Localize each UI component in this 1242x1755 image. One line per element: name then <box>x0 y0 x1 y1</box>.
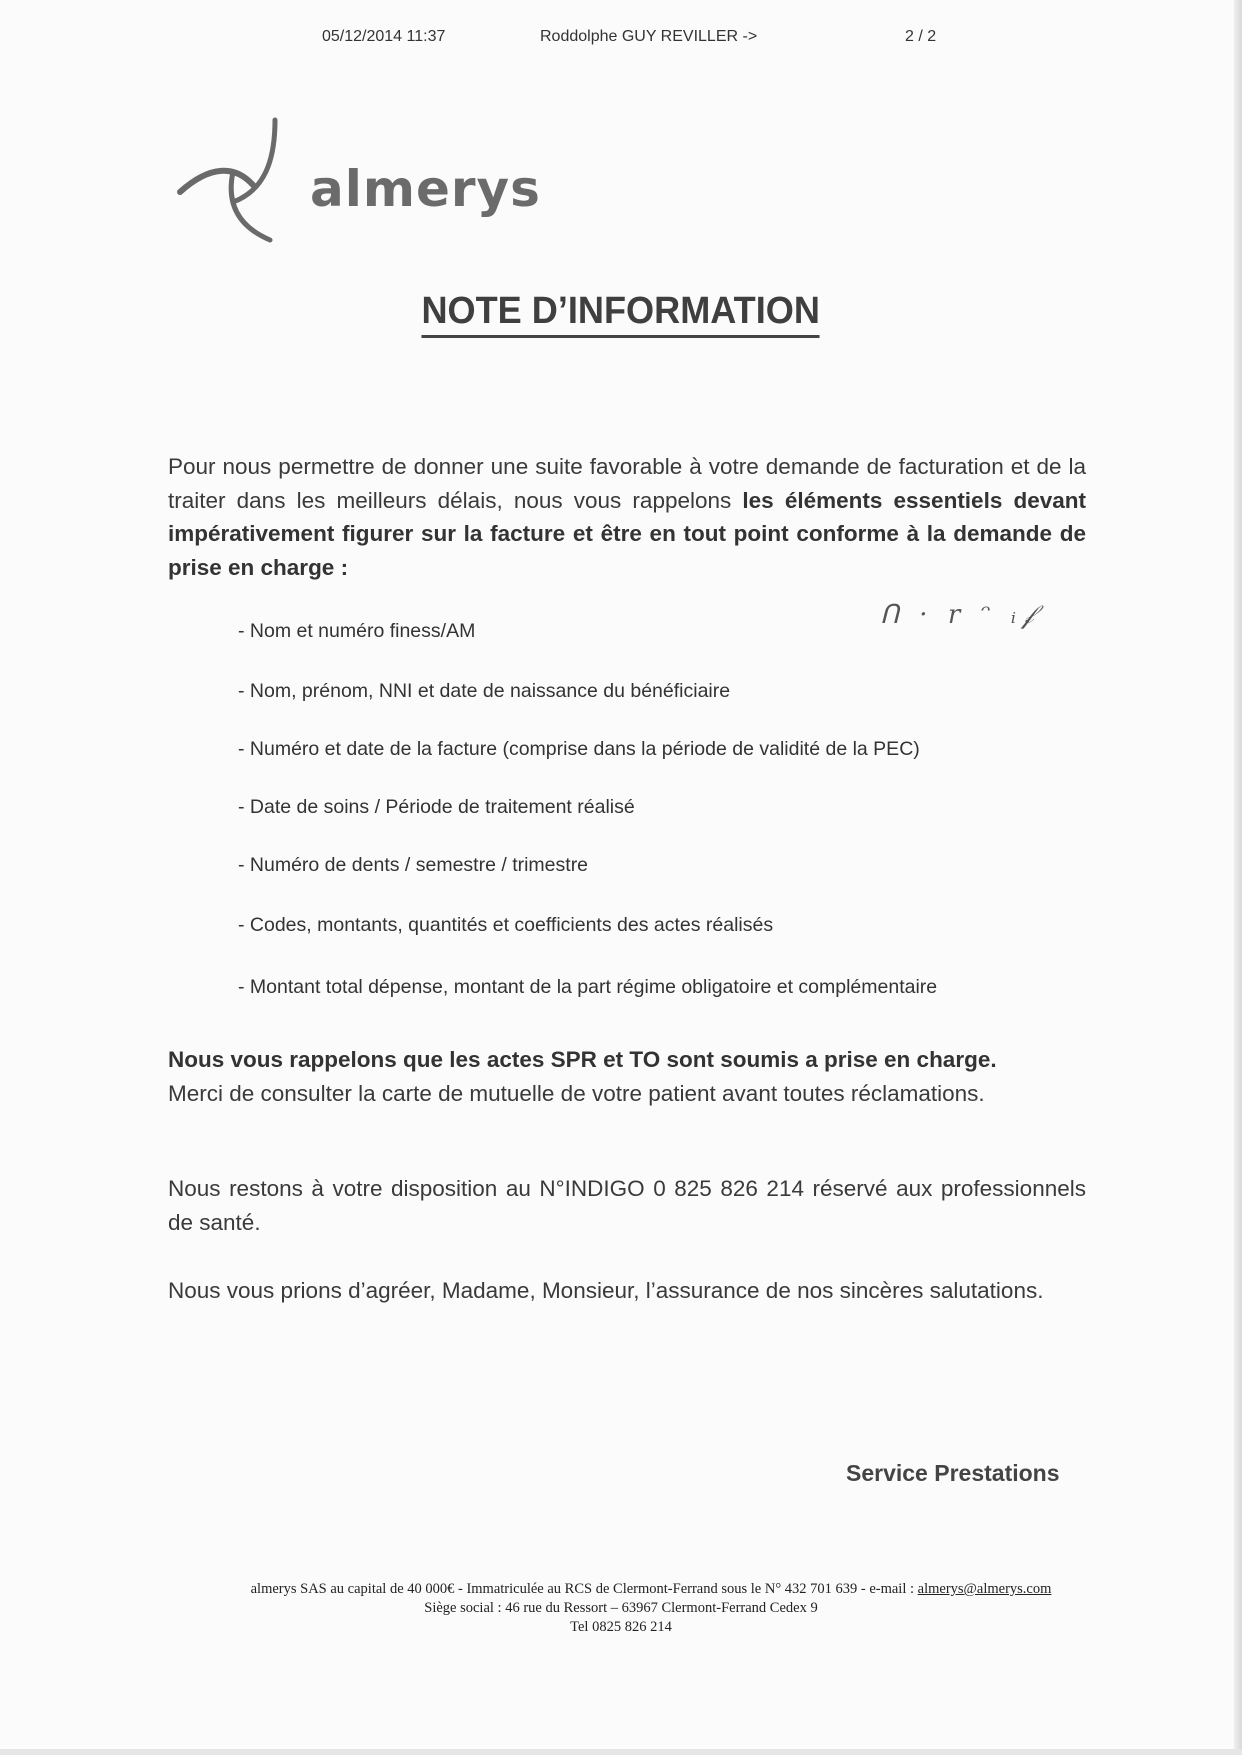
logo-text: almerys <box>310 160 541 218</box>
fax-datetime: 05/12/2014 11:37 <box>322 28 445 46</box>
list-item: - Numéro de dents / semestre / trimestre <box>238 854 588 877</box>
list-item: - Nom, prénom, NNI et date de naissance … <box>238 680 730 703</box>
contact-paragraph: Nous restons à votre disposition au N°IN… <box>168 1172 1086 1239</box>
scan-edge <box>1234 0 1242 1755</box>
footer-legal-text: almerys SAS au capital de 40 000€ - Imma… <box>251 1581 918 1597</box>
reminder-bold-text: Nous vous rappelons que les actes SPR et… <box>168 1047 997 1072</box>
handwritten-annotation: ᑎ · r ᵔ ᵢ𝒻 <box>880 600 1040 631</box>
reminder-paragraph: Nous vous rappelons que les actes SPR et… <box>168 1043 1086 1110</box>
scan-bottom-edge <box>0 1749 1242 1755</box>
company-footer: almerys SAS au capital de 40 000€ - Imma… <box>0 1580 1242 1637</box>
almerys-swirl-logo-icon <box>175 110 305 250</box>
footer-address: Siège social : 46 rue du Ressort – 63967… <box>0 1599 1242 1618</box>
intro-paragraph: Pour nous permettre de donner une suite … <box>168 450 1086 584</box>
footer-legal-line: almerys SAS au capital de 40 000€ - Imma… <box>30 1580 1242 1599</box>
list-item: - Nom et numéro finess/AM <box>238 620 475 643</box>
fax-page-number: 2 / 2 <box>905 28 936 46</box>
list-item: - Date de soins / Période de traitement … <box>238 796 635 819</box>
list-item: - Montant total dépense, montant de la p… <box>238 976 937 999</box>
list-item: - Codes, montants, quantités et coeffici… <box>238 914 773 937</box>
signature: Service Prestations <box>846 1460 1060 1487</box>
list-item: - Numéro et date de la facture (comprise… <box>238 738 920 761</box>
footer-phone: Tel 0825 826 214 <box>0 1618 1242 1637</box>
document-title: NOTE D’INFORMATION <box>0 290 1242 338</box>
document-title-text: NOTE D’INFORMATION <box>422 290 820 338</box>
fax-sender: Roddolphe GUY REVILLER -> <box>540 28 757 46</box>
footer-email-link[interactable]: almerys@almerys.com <box>918 1581 1052 1597</box>
company-logo: almerys <box>175 110 575 250</box>
closing-paragraph: Nous vous prions d’agréer, Madame, Monsi… <box>168 1274 1086 1308</box>
reminder-text: Merci de consulter la carte de mutuelle … <box>168 1081 985 1106</box>
